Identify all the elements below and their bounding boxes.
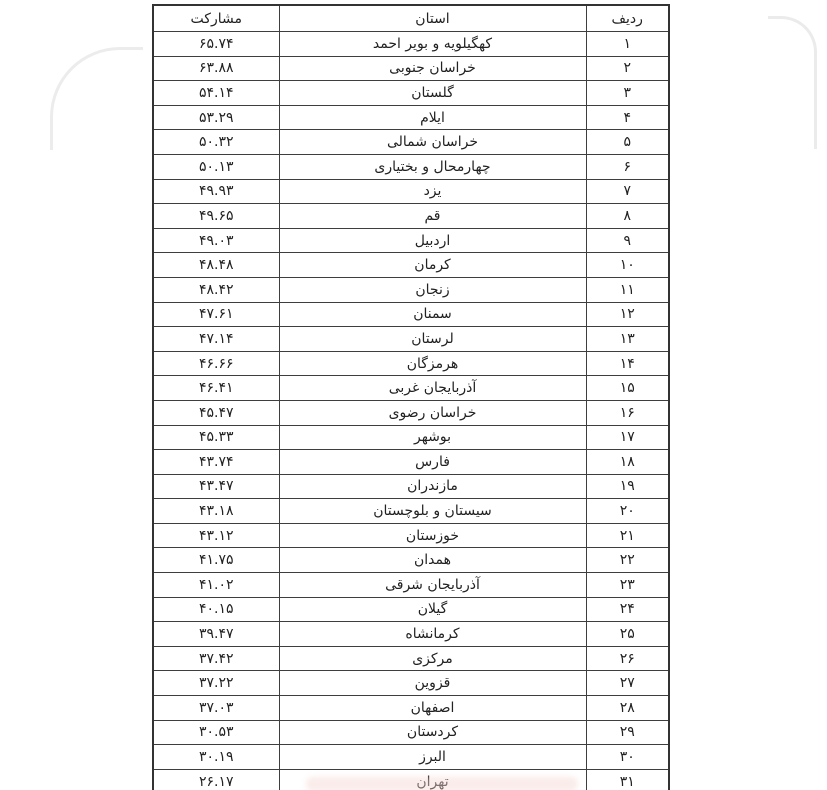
province-cell: سمنان <box>279 302 586 327</box>
province-column-header: استان <box>279 5 586 32</box>
table-row: ۲۱خوزستان۴۳.۱۲ <box>153 523 669 548</box>
province-cell: گیلان <box>279 597 586 622</box>
table-row: ۱کهگیلویه و بویر احمد۶۵.۷۴ <box>153 32 669 57</box>
rank-cell: ۱۱ <box>586 277 669 302</box>
table-row: ۲۵کرمانشاه۳۹.۴۷ <box>153 622 669 647</box>
province-cell: فارس <box>279 450 586 475</box>
participation-cell: ۳۹.۴۷ <box>153 622 279 647</box>
rank-cell: ۴ <box>586 105 669 130</box>
participation-cell: ۴۰.۱۵ <box>153 597 279 622</box>
participation-cell: ۴۱.۰۲ <box>153 573 279 598</box>
participation-cell: ۴۷.۶۱ <box>153 302 279 327</box>
province-cell: قزوین <box>279 671 586 696</box>
participation-cell: ۳۰.۱۹ <box>153 745 279 770</box>
participation-cell: ۵۳.۲۹ <box>153 105 279 130</box>
participation-table-container: ردیف استان مشارکت ۱کهگیلویه و بویر احمد۶… <box>152 4 668 790</box>
participation-cell: ۳۰.۵۳ <box>153 720 279 745</box>
table-body: ۱کهگیلویه و بویر احمد۶۵.۷۴۲خراسان جنوبی۶… <box>153 32 669 790</box>
table-row: ۱۶خراسان رضوی۴۵.۴۷ <box>153 400 669 425</box>
province-cell: کهگیلویه و بویر احمد <box>279 32 586 57</box>
participation-cell: ۴۳.۷۴ <box>153 450 279 475</box>
rank-cell: ۱۸ <box>586 450 669 475</box>
participation-cell: ۶۳.۸۸ <box>153 56 279 81</box>
rank-cell: ۳ <box>586 81 669 106</box>
province-cell: زنجان <box>279 277 586 302</box>
participation-cell: ۴۹.۹۳ <box>153 179 279 204</box>
rank-cell: ۳۰ <box>586 745 669 770</box>
rank-cell: ۱۷ <box>586 425 669 450</box>
province-cell: کرمانشاه <box>279 622 586 647</box>
watermark-arc-top-left <box>50 47 143 150</box>
table-header: ردیف استان مشارکت <box>153 5 669 32</box>
province-cell: بوشهر <box>279 425 586 450</box>
table-row: ۱۴هرمزگان۴۶.۶۶ <box>153 351 669 376</box>
rank-cell: ۱ <box>586 32 669 57</box>
rank-cell: ۵ <box>586 130 669 155</box>
participation-cell: ۴۹.۰۳ <box>153 228 279 253</box>
participation-cell: ۴۹.۶۵ <box>153 204 279 229</box>
participation-cell: ۲۶.۱۷ <box>153 769 279 790</box>
participation-column-header: مشارکت <box>153 5 279 32</box>
table-row: ۷یزد۴۹.۹۳ <box>153 179 669 204</box>
province-cell: چهارمحال و بختیاری <box>279 154 586 179</box>
province-cell: آذربایجان شرقی <box>279 573 586 598</box>
rank-cell: ۱۵ <box>586 376 669 401</box>
rank-cell: ۳۱ <box>586 769 669 790</box>
table-row: ۳گلستان۵۴.۱۴ <box>153 81 669 106</box>
province-cell: خراسان رضوی <box>279 400 586 425</box>
rank-cell: ۲۰ <box>586 499 669 524</box>
pink-smudge-watermark <box>306 777 578 790</box>
province-cell: هرمزگان <box>279 351 586 376</box>
rank-cell: ۱۰ <box>586 253 669 278</box>
rank-cell: ۱۶ <box>586 400 669 425</box>
participation-cell: ۵۰.۳۲ <box>153 130 279 155</box>
rank-cell: ۲۷ <box>586 671 669 696</box>
rank-cell: ۷ <box>586 179 669 204</box>
province-cell: خراسان شمالی <box>279 130 586 155</box>
rank-cell: ۸ <box>586 204 669 229</box>
table-row: ۲۲همدان۴۱.۷۵ <box>153 548 669 573</box>
participation-cell: ۳۷.۲۲ <box>153 671 279 696</box>
table-row: ۳۰البرز۳۰.۱۹ <box>153 745 669 770</box>
table-row: ۱۹مازندران۴۳.۴۷ <box>153 474 669 499</box>
province-cell: اردبیل <box>279 228 586 253</box>
participation-cell: ۵۰.۱۳ <box>153 154 279 179</box>
participation-cell: ۴۸.۴۲ <box>153 277 279 302</box>
table-row: ۲۷قزوین۳۷.۲۲ <box>153 671 669 696</box>
rank-cell: ۱۴ <box>586 351 669 376</box>
table-row: ۱۱زنجان۴۸.۴۲ <box>153 277 669 302</box>
rank-cell: ۱۹ <box>586 474 669 499</box>
table-row: ۲خراسان جنوبی۶۳.۸۸ <box>153 56 669 81</box>
participation-cell: ۴۳.۴۷ <box>153 474 279 499</box>
province-cell: همدان <box>279 548 586 573</box>
province-cell: یزد <box>279 179 586 204</box>
rank-cell: ۲۴ <box>586 597 669 622</box>
rank-cell: ۶ <box>586 154 669 179</box>
participation-cell: ۳۷.۴۲ <box>153 646 279 671</box>
province-cell: گلستان <box>279 81 586 106</box>
table-row: ۶چهارمحال و بختیاری۵۰.۱۳ <box>153 154 669 179</box>
participation-cell: ۴۷.۱۴ <box>153 327 279 352</box>
province-cell: کردستان <box>279 720 586 745</box>
province-cell: البرز <box>279 745 586 770</box>
header-row: ردیف استان مشارکت <box>153 5 669 32</box>
table-row: ۱۷بوشهر۴۵.۳۳ <box>153 425 669 450</box>
rank-cell: ۱۳ <box>586 327 669 352</box>
participation-cell: ۵۴.۱۴ <box>153 81 279 106</box>
rank-cell: ۲۸ <box>586 696 669 721</box>
participation-table: ردیف استان مشارکت ۱کهگیلویه و بویر احمد۶… <box>152 4 670 790</box>
province-cell: کرمان <box>279 253 586 278</box>
rank-cell: ۲۱ <box>586 523 669 548</box>
table-row: ۱۵آذربایجان غربی۴۶.۴۱ <box>153 376 669 401</box>
rank-cell: ۹ <box>586 228 669 253</box>
province-cell: مازندران <box>279 474 586 499</box>
province-cell: خوزستان <box>279 523 586 548</box>
watermark-arc-top-right <box>768 16 817 149</box>
table-row: ۲۳آذربایجان شرقی۴۱.۰۲ <box>153 573 669 598</box>
rank-cell: ۲۵ <box>586 622 669 647</box>
province-cell: قم <box>279 204 586 229</box>
rank-cell: ۲ <box>586 56 669 81</box>
participation-cell: ۴۶.۴۱ <box>153 376 279 401</box>
table-row: ۱۲سمنان۴۷.۶۱ <box>153 302 669 327</box>
participation-cell: ۴۸.۴۸ <box>153 253 279 278</box>
rank-cell: ۲۲ <box>586 548 669 573</box>
table-row: ۲۴گیلان۴۰.۱۵ <box>153 597 669 622</box>
province-cell: خراسان جنوبی <box>279 56 586 81</box>
table-row: ۲۶مرکزی۳۷.۴۲ <box>153 646 669 671</box>
participation-cell: ۴۵.۳۳ <box>153 425 279 450</box>
participation-cell: ۴۳.۱۲ <box>153 523 279 548</box>
page: { "colors": { "border_inner": "#3e3e3e",… <box>0 0 827 790</box>
rank-column-header: ردیف <box>586 5 669 32</box>
table-row: ۲۸اصفهان۳۷.۰۳ <box>153 696 669 721</box>
participation-cell: ۴۶.۶۶ <box>153 351 279 376</box>
table-row: ۹اردبیل۴۹.۰۳ <box>153 228 669 253</box>
rank-cell: ۲۳ <box>586 573 669 598</box>
table-row: ۵خراسان شمالی۵۰.۳۲ <box>153 130 669 155</box>
province-cell: لرستان <box>279 327 586 352</box>
table-row: ۱۸فارس۴۳.۷۴ <box>153 450 669 475</box>
table-row: ۸قم۴۹.۶۵ <box>153 204 669 229</box>
province-cell: آذربایجان غربی <box>279 376 586 401</box>
province-cell: سیستان و بلوچستان <box>279 499 586 524</box>
table-row: ۴ایلام۵۳.۲۹ <box>153 105 669 130</box>
table-row: ۲۹کردستان۳۰.۵۳ <box>153 720 669 745</box>
rank-cell: ۲۶ <box>586 646 669 671</box>
province-cell: مرکزی <box>279 646 586 671</box>
participation-cell: ۴۱.۷۵ <box>153 548 279 573</box>
province-cell: ایلام <box>279 105 586 130</box>
province-cell: اصفهان <box>279 696 586 721</box>
participation-cell: ۳۷.۰۳ <box>153 696 279 721</box>
participation-cell: ۴۳.۱۸ <box>153 499 279 524</box>
rank-cell: ۱۲ <box>586 302 669 327</box>
table-row: ۲۰سیستان و بلوچستان۴۳.۱۸ <box>153 499 669 524</box>
table-row: ۱۳لرستان۴۷.۱۴ <box>153 327 669 352</box>
participation-cell: ۶۵.۷۴ <box>153 32 279 57</box>
participation-cell: ۴۵.۴۷ <box>153 400 279 425</box>
rank-cell: ۲۹ <box>586 720 669 745</box>
table-row: ۱۰کرمان۴۸.۴۸ <box>153 253 669 278</box>
